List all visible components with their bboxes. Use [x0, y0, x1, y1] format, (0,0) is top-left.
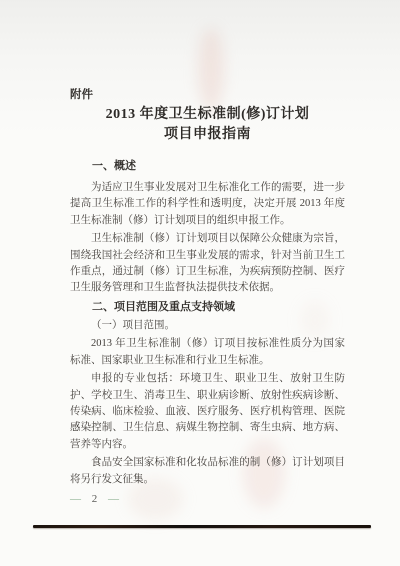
paragraph: 为适应卫生事业发展对卫生标准化工作的需要，进一步提高卫生标准工作的科学性和透明度… [70, 180, 345, 229]
attachment-label: 附件 [70, 86, 345, 102]
paragraph: 申报的专业包括：环境卫生、职业卫生、放射卫生防护、学校卫生、消毒卫生、职业病诊断… [70, 371, 345, 453]
document-title: 2013 年度卫生标准制(修)订计划 项目申报指南 [70, 105, 345, 145]
document-title-line2: 项目申报指南 [70, 125, 345, 145]
page-number: — 2 — [70, 493, 345, 505]
section-heading-scope: 二、项目范围及重点支持领域 [70, 299, 345, 316]
paragraph: 2013 年卫生标准制（修）订项目按标准性质分为国家标准、国家职业卫生标准和行业… [70, 336, 345, 369]
page-number-dash: — [108, 493, 120, 505]
document-title-line1: 2013 年度卫生标准制(修)订计划 [70, 105, 345, 125]
section-heading-overview: 一、概述 [70, 158, 345, 175]
scanned-page: 附件 2013 年度卫生标准制(修)订计划 项目申报指南 一、概述 为适应卫生事… [0, 0, 400, 566]
subsection-heading-project-scope: （一）项目范围。 [70, 318, 345, 335]
paragraph: 食品安全国家标准和化妆品标准的制（修）订计划项目将另行发文征集。 [70, 455, 345, 488]
document-body: 附件 2013 年度卫生标准制(修)订计划 项目申报指南 一、概述 为适应卫生事… [70, 86, 345, 505]
page-number-dash: — [70, 493, 82, 505]
page-edge-shadow [33, 525, 371, 528]
paragraph: 卫生标准制（修）订计划项目以保障公众健康为宗旨，围绕我国社会经济和卫生事业发展的… [70, 231, 345, 297]
page-number-value: 2 [86, 493, 105, 505]
